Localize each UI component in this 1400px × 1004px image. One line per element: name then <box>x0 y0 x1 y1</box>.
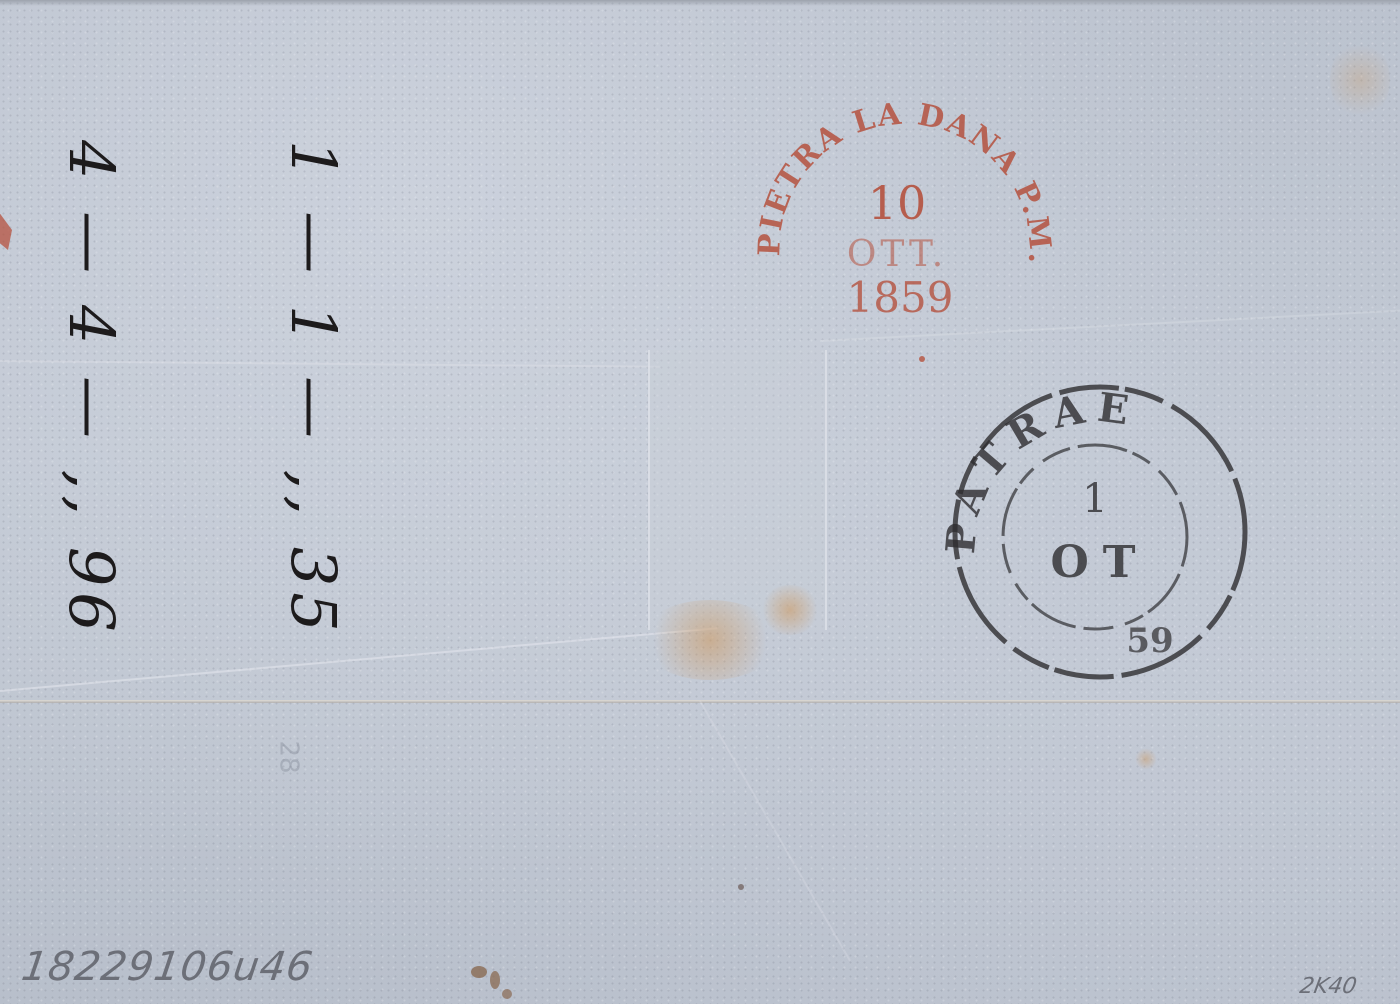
red-postmark-day: 10 <box>868 176 927 230</box>
ink-blot <box>465 960 525 1004</box>
red-ink-spot <box>1135 748 1157 770</box>
black-postmark: PATRAE 1 OT 59 <box>945 372 1255 692</box>
red-postmark: PIETRA LA DANA P.M. 10 OTT. 1859 <box>752 74 1052 374</box>
foxing-stain <box>1330 40 1390 120</box>
partial-red-mark <box>0 190 30 270</box>
pencil-reference-number: 18229106u46 <box>19 944 316 990</box>
red-postmark-year: 1859 <box>847 273 954 322</box>
black-postmark-day: 1 <box>1082 476 1107 522</box>
manuscript-rate-column-2: 1 — 1 — ,, 35 <box>277 140 350 638</box>
red-postmark-month: OTT. <box>847 234 947 275</box>
cover-scan: 4 — 4 — ,, 96 1 — 1 — ,, 35 PIETRA LA DA… <box>0 0 1400 1004</box>
manuscript-rate-column-1: 4 — 4 — ,, 96 <box>55 140 128 638</box>
ink-dot <box>738 884 744 890</box>
faint-pencil-number: 28 <box>274 740 304 773</box>
pencil-price-code: 2K40 <box>1298 974 1359 999</box>
top-edge-shadow <box>0 0 1400 6</box>
black-postmark-year: 59 <box>1126 621 1173 661</box>
black-postmark-month: OT <box>1050 537 1149 588</box>
foxing-stain <box>640 600 780 680</box>
foxing-stain <box>760 585 820 635</box>
